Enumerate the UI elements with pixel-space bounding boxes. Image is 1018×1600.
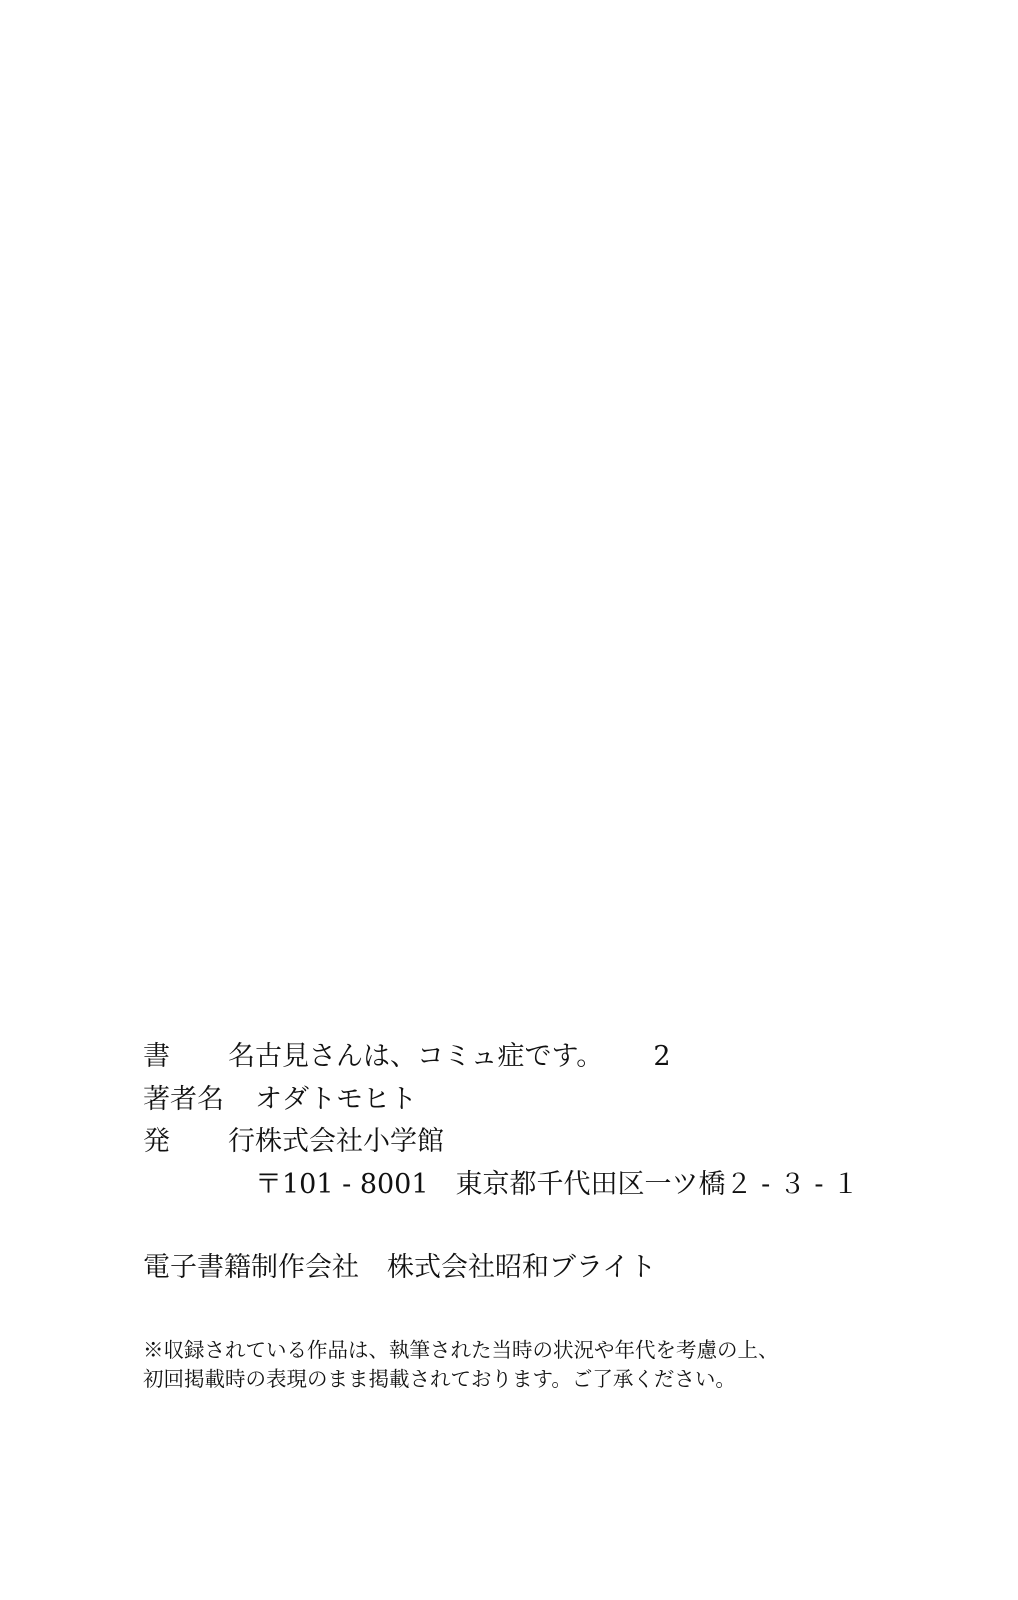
ebook-production-line: 電子書籍制作会社株式会社昭和ブライト — [143, 1248, 656, 1288]
title-row: 書 名 古見さんは、コミュ症です。2 — [143, 1036, 903, 1079]
publisher-label: 発 行 — [143, 1121, 255, 1164]
publisher-label-char-1: 発 — [143, 1121, 170, 1164]
volume-number: 2 — [653, 1041, 670, 1072]
author-row: 著者名 オダトモヒト — [143, 1079, 903, 1122]
production-label: 電子書籍制作会社 — [143, 1252, 359, 1283]
production-company: 株式会社昭和ブライト — [387, 1252, 656, 1283]
notice-line-1: ※収録されている作品は、執筆された当時の状況や年代を考慮の上、 — [143, 1336, 779, 1365]
title-label: 書 名 — [143, 1036, 255, 1079]
colophon-block: 書 名 古見さんは、コミュ症です。2 著者名 オダトモヒト 発 行 株式会社小学… — [143, 1036, 903, 1206]
content-notice: ※収録されている作品は、執筆された当時の状況や年代を考慮の上、 初回掲載時の表現… — [143, 1336, 779, 1394]
title-value-group: 古見さんは、コミュ症です。2 — [255, 1036, 903, 1079]
title-label-char-1: 書 — [143, 1036, 170, 1079]
publisher-row: 発 行 株式会社小学館 — [143, 1121, 903, 1164]
author-label: 著者名 — [143, 1079, 255, 1122]
title-label-char-2: 名 — [228, 1036, 255, 1079]
publisher-label-char-2: 行 — [228, 1121, 255, 1164]
notice-line-2: 初回掲載時の表現のまま掲載されております。ご了承ください。 — [143, 1365, 779, 1394]
author-name: オダトモヒト — [255, 1079, 903, 1122]
publisher-name: 株式会社小学館 — [255, 1121, 903, 1164]
book-title: 古見さんは、コミュ症です。 — [255, 1041, 603, 1072]
publisher-address: 〒101 - 8001 東京都千代田区一ツ橋２ - ３ - １ — [143, 1164, 903, 1207]
